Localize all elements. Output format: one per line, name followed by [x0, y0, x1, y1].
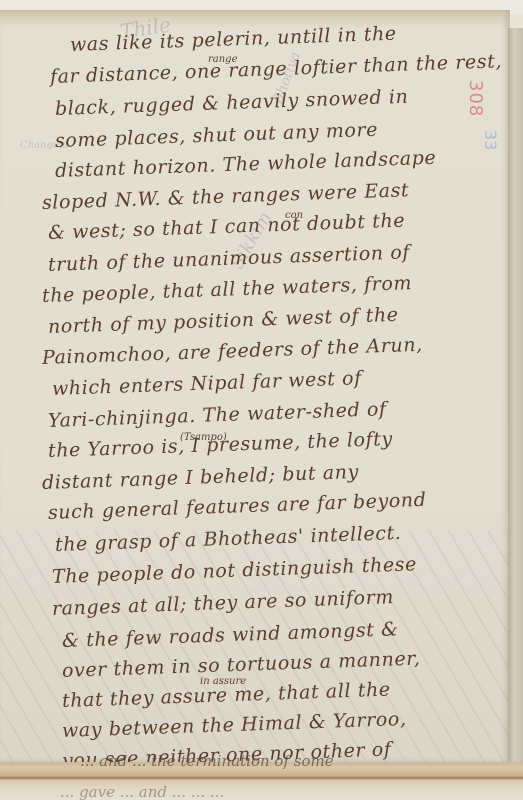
binding-edge [508, 28, 523, 768]
next-page-text: ... gave ... and ... ... ... [60, 783, 224, 800]
folio-number: 308 [465, 80, 486, 117]
partially-visible-line: ... and ... the termination of some [80, 752, 334, 770]
margin-mark: 33 [481, 130, 500, 150]
